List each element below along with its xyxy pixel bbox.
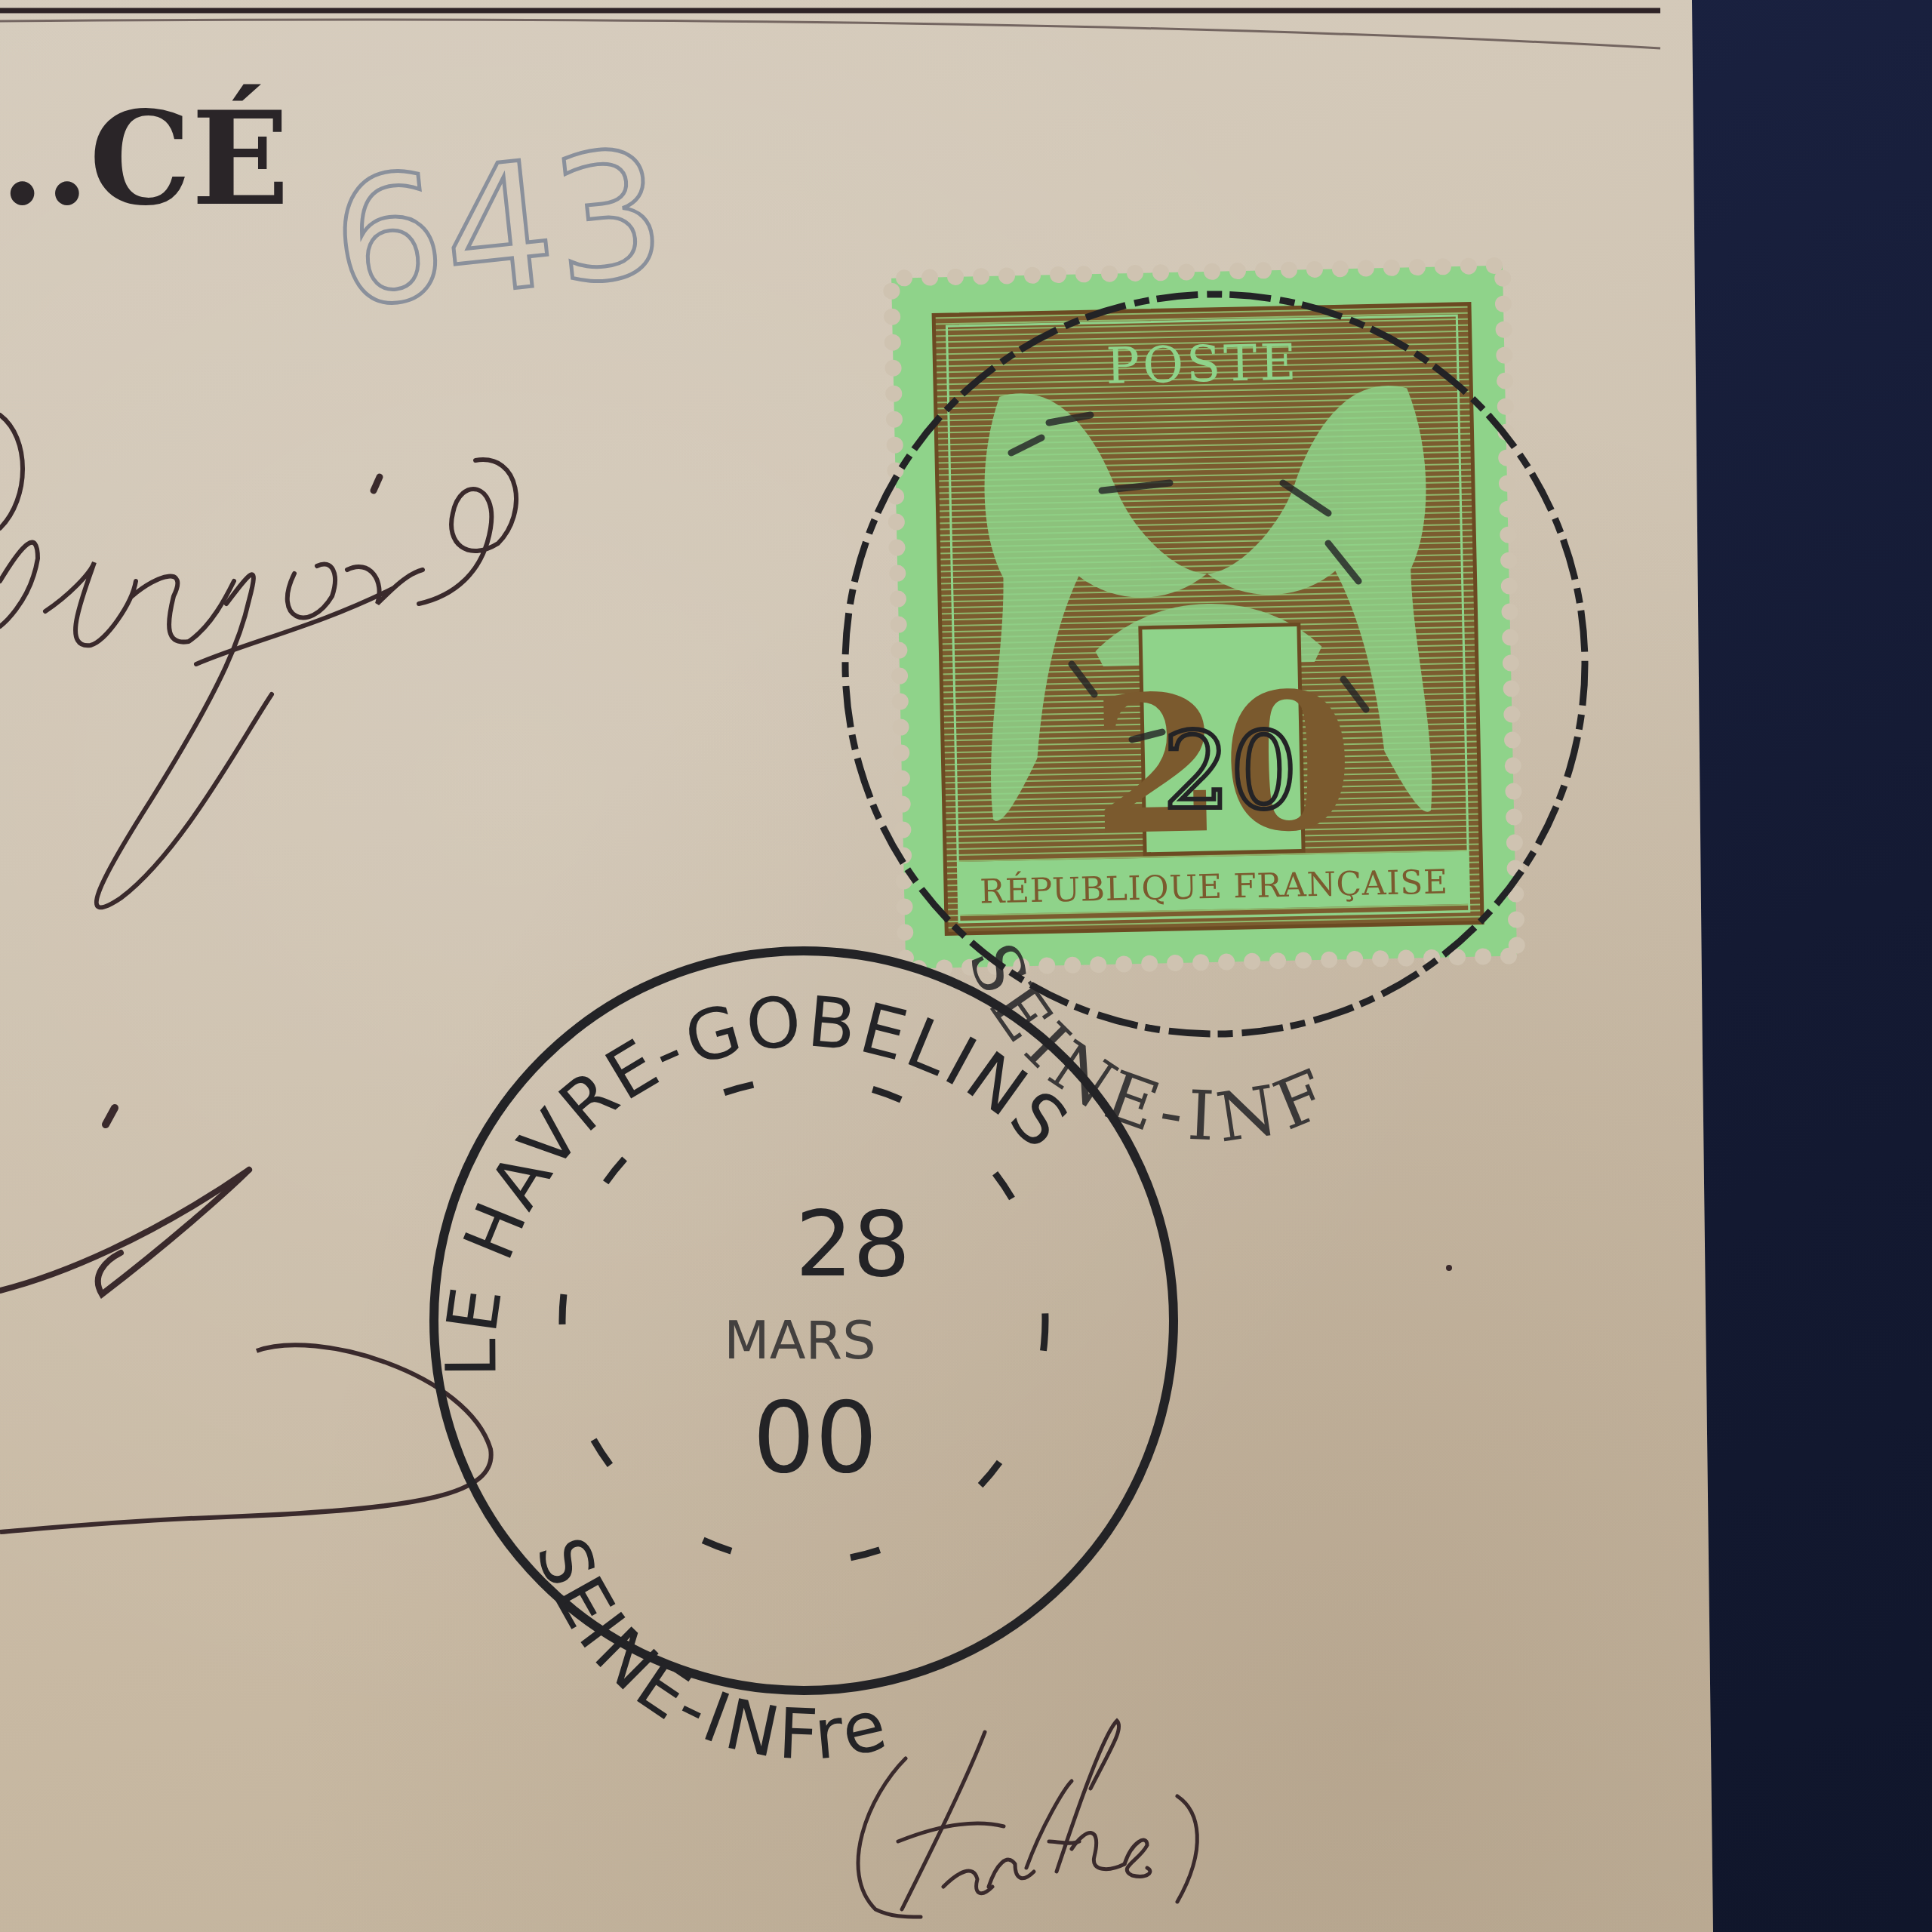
- svg-text:SEINE-INFre: SEINE-INFre: [521, 1527, 898, 1776]
- postmarks: 20 SEINE-INF LE HAVRE-GOBELINS 28 MARS 0…: [0, 0, 1932, 1932]
- postmark-month: MARS: [724, 1309, 875, 1371]
- postmark-day: 28: [795, 1192, 911, 1297]
- postmark-year: 00: [752, 1380, 877, 1495]
- postmark-on-stamp-number: 20: [1163, 710, 1297, 833]
- postmark-region: SEINE-INFre: [521, 1527, 898, 1776]
